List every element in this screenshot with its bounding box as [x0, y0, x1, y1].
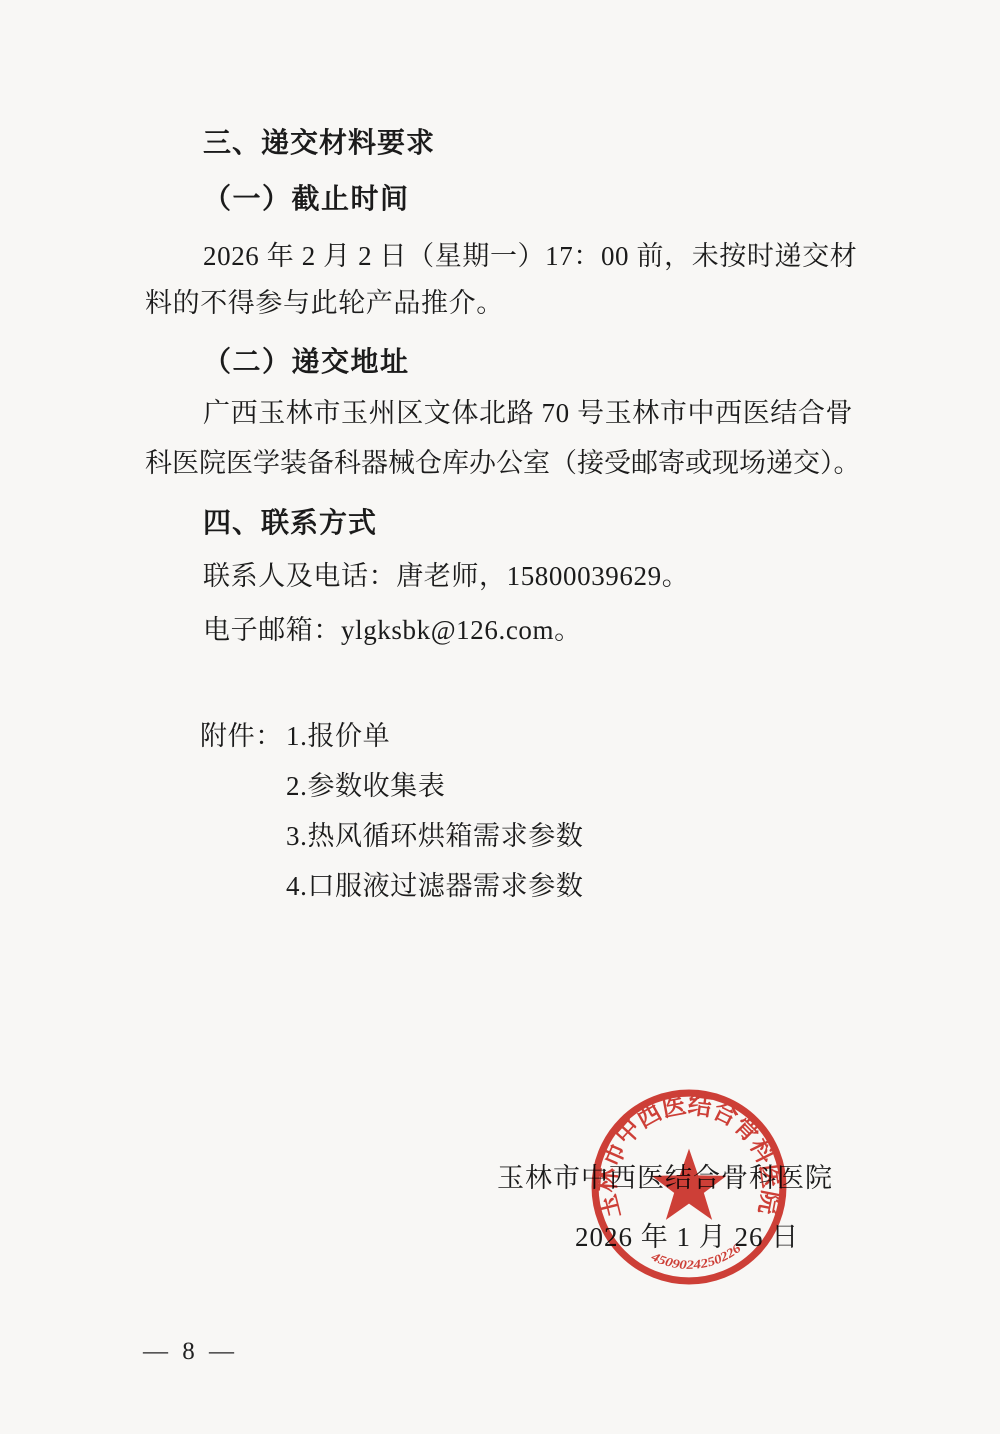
page-number: — 8 —: [143, 1338, 238, 1367]
document-page: 三、递交材料要求 （一）截止时间 2026 年 2 月 2 日（星期一）17：0…: [0, 0, 1000, 1434]
section-3-2-subheading: （二）递交地址: [203, 347, 410, 379]
contact-email-line: 电子邮箱：ylgksbk@126.com。: [203, 615, 582, 646]
attachment-item-3: 3.热风循环烘箱需求参数: [286, 821, 583, 852]
seal-star-icon: [652, 1149, 727, 1220]
deadline-paragraph-line-2: 料的不得参与此轮产品推介。: [145, 288, 504, 319]
attachment-item-4: 4.口服液过滤器需求参数: [286, 871, 583, 902]
official-red-seal: 玉林市中西医结合骨科医院 4509024250226: [588, 1086, 790, 1288]
attachments-label: 附件：: [200, 721, 283, 752]
address-paragraph-line-1: 广西玉林市玉州区文体北路 70 号玉林市中西医结合骨: [203, 398, 853, 429]
deadline-paragraph-line-1: 2026 年 2 月 2 日（星期一）17：00 前，未按时递交材: [203, 241, 857, 272]
section-3-heading: 三、递交材料要求: [203, 127, 435, 159]
section-4-heading: 四、联系方式: [203, 507, 377, 539]
attachment-item-2: 2.参数收集表: [286, 771, 445, 802]
address-paragraph-line-2: 科医院医学装备科器械仓库办公室（接受邮寄或现场递交）。: [145, 448, 861, 479]
section-3-1-subheading: （一）截止时间: [203, 184, 410, 216]
contact-phone-line: 联系人及电话：唐老师，15800039629。: [203, 561, 689, 592]
attachment-item-1: 1.报价单: [286, 721, 390, 752]
